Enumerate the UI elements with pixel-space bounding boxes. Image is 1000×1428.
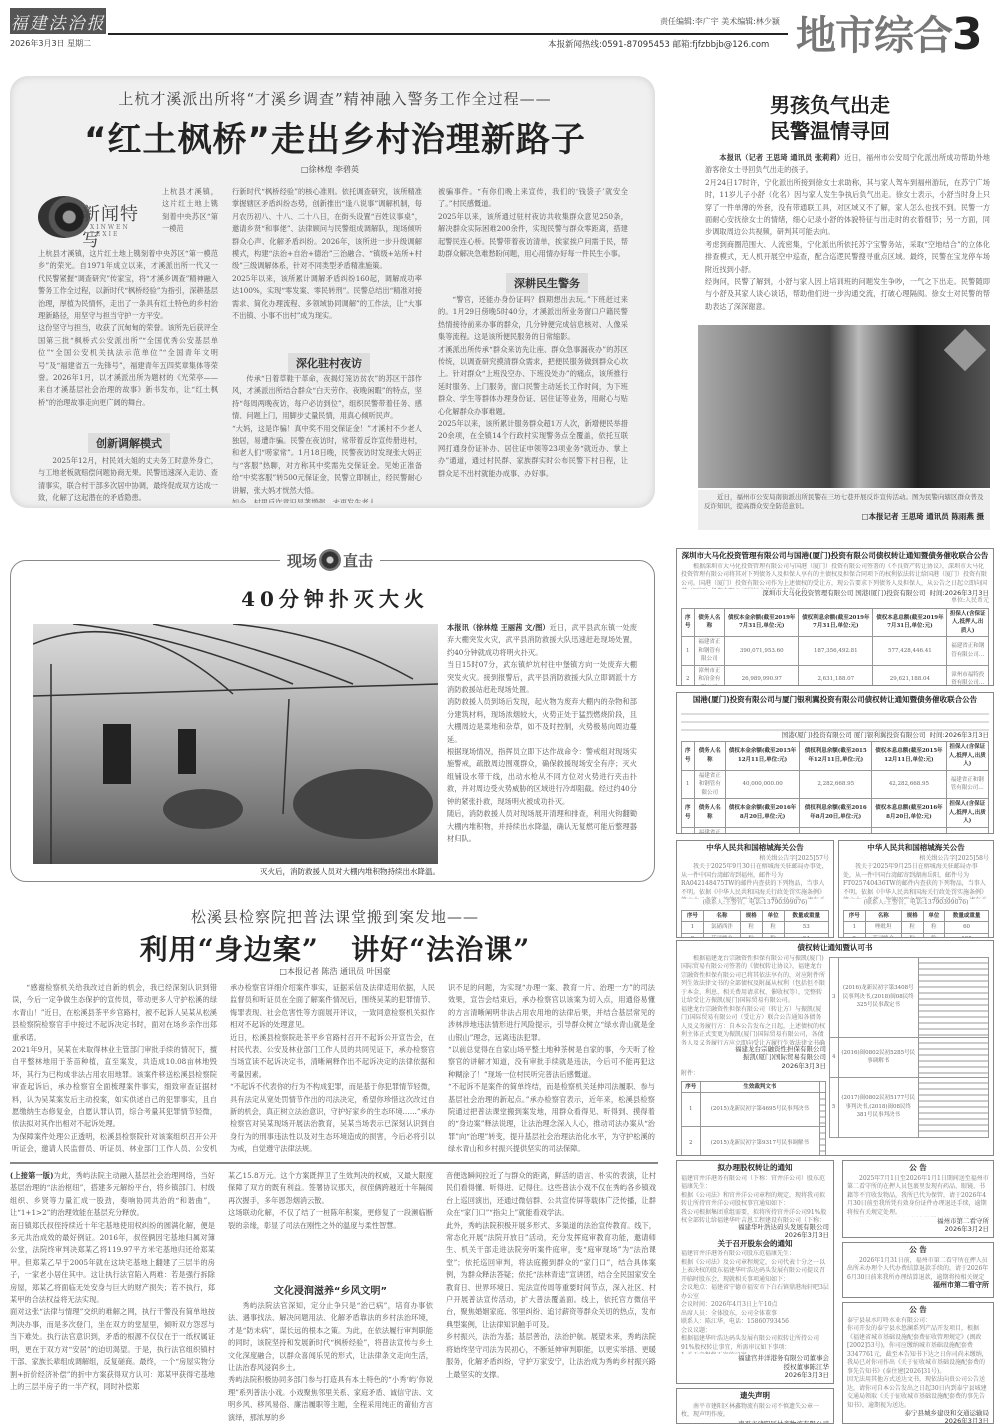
greenhouse-frame-icon bbox=[33, 624, 438, 864]
notice2-table: 序号债务人名称债权本金余额(截至2015年12月11日,单位:元)债权利息余额(… bbox=[681, 741, 989, 834]
notice-lost-seal: 遗失声明 南平市建阳区林鑫物流有限公司不慎遗失公章一枚，现声明作废。 南平市建阳… bbox=[676, 1388, 834, 1424]
article2-headline-line1: 男孩负气出走 bbox=[760, 92, 900, 118]
article4-byline: □本报记者 陈浩 通讯员 叶国豪 bbox=[200, 966, 470, 977]
notice3-title: 债权转让通知暨认可书 bbox=[681, 944, 989, 953]
section-title: 地市综合3 bbox=[796, 4, 982, 61]
page-number: 3 bbox=[952, 9, 982, 60]
article1-col1-top: 上杭县才溪镇，这片红土地上镌刻着中央苏区“第一模范 bbox=[162, 186, 218, 236]
notice8-title: 公 告 bbox=[847, 1246, 989, 1255]
article2-text: 近日，福州市公安局宁化派出所成功帮助外地游客徐女士寻回负气出走的孩子。 2月24… bbox=[705, 153, 990, 311]
notice-detention-2: 公 告 2026年1月31日前，福州市第二看守所在押人员出所未办理个人代办费结算… bbox=[842, 1242, 994, 1298]
article1-byline: □徐林煌 李碧英 bbox=[200, 164, 460, 175]
article4-headline: 利用“身边案” 讲好“法治课” bbox=[60, 928, 610, 968]
notice-customs-58: 中华人民共和国榕城海关公告 榕关缉公告字[2025]58号 我关于2025年9月… bbox=[838, 840, 994, 938]
section-divider bbox=[10, 1162, 658, 1164]
notice2-title: 国港(厦门)投资有限公司与厦门银利翼投资有限公司债权转让通知暨债务催收联合公告 bbox=[681, 696, 989, 705]
customs1-table: 序号名称规格单位数量或重量 1氯硝西泮粒粒53 2艾司唑仑粒粒94 bbox=[681, 910, 829, 939]
photo-credit: □本报记者 王思琦 通讯员 陈雨燕 摄 bbox=[698, 511, 990, 522]
notice-debt-transfer-1: 深圳市大马化投资管理有限公司与国港(厦门)投资有限公司债权转让通知暨债务催收联合… bbox=[676, 548, 994, 686]
article5-col3: 音便选瞬间拉近了与群众的距离，鲜活的语言、朴实的表演，让村民们看得懂、听得进、记… bbox=[446, 1170, 656, 1426]
article4-col2: 承办检察官详细介绍案件事实，证据采信及法律适用依据，人民监督员和听证员在全面了解… bbox=[230, 982, 435, 1154]
newspaper-logo: 福建法治报 bbox=[10, 8, 106, 34]
customs2-table: 序号名称规格单位数量或重量 1唑吡坦粒粒60 2艾司唑仑粒粒100 bbox=[843, 910, 989, 939]
editors-credit: 责任编辑:李广宇 美术编辑:林少颍 bbox=[660, 16, 780, 27]
customs1-title: 中华人民共和国榕城海关公告 bbox=[681, 844, 829, 853]
notice1-signers: 深圳市大马化投资管理有限公司 国港(厦门)投资有限公司 时间:2026年3月3日 bbox=[681, 589, 989, 598]
article1-col3: 被骗事件。“有你们晚上来宣传，我们的‘钱袋子’就安全了。”村民感慨道。 2025… bbox=[438, 186, 628, 268]
headline-part2: 讲好“法治课” bbox=[351, 933, 530, 966]
photo-caption-box: 近日，福州市公安局南街派出所民警在三坊七巷开展反诈宣传活动。图为民警向辖区群众普… bbox=[698, 490, 990, 530]
notice-detention-1: 公 告 2025年7月1日至2026年1月1日期间送至福州市第二看守所的在押人员… bbox=[842, 1160, 994, 1238]
fu-decoration bbox=[944, 329, 986, 371]
photo-caption: 近日，福州市公安局南街派出所民警在三坊七巷开展反诈宣传活动。图为民警向辖区群众普… bbox=[698, 490, 990, 511]
masthead-rule bbox=[108, 33, 788, 35]
on-the-scene-badge: 现场 直击 bbox=[280, 545, 380, 575]
headline-part1: 利用“身边案” bbox=[140, 933, 319, 966]
notice1-title: 深圳市大马化投资管理有限公司与国港(厦门)投资有限公司债权转让通知暨债务催收联合… bbox=[681, 552, 989, 561]
notice1-body: 根据深圳市大马化投资管理有限公司与国港（厦门）投资有限公司签署的《不良资产转让协… bbox=[681, 563, 989, 589]
continued-from-front: (上接第一版) bbox=[10, 1171, 53, 1180]
news-hotline: 本报新闻热线:0591-87095453 邮箱:fjfzbbjb@126.com bbox=[548, 38, 769, 50]
notice-equity-transfer: 拟办理股权转让的通知 福建官井洋港务有限公司（下称：官井洋公司）股东范福康先生：… bbox=[676, 1160, 834, 1384]
article5-col1: (上接第一版)为此，秀屿法院主动融入基层社会治理网络，当好基层治理的“法治枢纽”… bbox=[10, 1170, 215, 1425]
notice2-signers: 国港(厦门)投资有限公司 厦门银利翼投资有限公司 时间:2026年3月3日 bbox=[681, 731, 989, 740]
subhead-mediation: 创新调解模式 bbox=[88, 432, 170, 453]
article1-deck: 上杭才溪派出所将“才溪乡调查”精神融入警务工作全过程—— bbox=[40, 88, 630, 109]
article3-body: 本报讯（徐林煌 王丽茜 文/图）近日，武平县武东镇一处废弃大棚突发火灾，武平县消… bbox=[447, 622, 637, 877]
notice9-title: 公 告 bbox=[847, 1306, 989, 1315]
anti-fraud-photo bbox=[698, 325, 990, 488]
section-name: 地市综合 bbox=[796, 12, 952, 59]
article1-col1: 上杭县才溪镇，这片红土地上镌刻着中央苏区“第一模范乡”的荣光。自1971年成立以… bbox=[38, 248, 218, 409]
notice1-unit: 单位:人民币元 bbox=[681, 597, 989, 606]
subhead-livelihood: 深耕民生警务 bbox=[506, 272, 588, 293]
article4-col3: 识不足的问题，为实现“办理一案、教育一片、治理一方”的司法效果，宣告会结束后，承… bbox=[448, 982, 655, 1154]
article5-col1-text: 为此，秀屿法院主动融入基层社会治理网络，当好基层治理的“法治枢纽”，搭建多元解纷… bbox=[10, 1171, 215, 1391]
notice4-title: 拟办理股权转让的通知 bbox=[681, 1164, 829, 1173]
fire-photo bbox=[33, 624, 438, 864]
notice2-body-placeholder bbox=[681, 707, 989, 731]
fire-photo-caption: 灭火后，消防救援人员对大棚内堆积物持续出水降温。 bbox=[230, 866, 440, 877]
notice-customs-57: 中华人民共和国榕城海关公告 榕关缉公告字[2025]57号 我关于2025年9月… bbox=[676, 840, 834, 938]
article2-headline-line2: 民警温情寻回 bbox=[760, 118, 900, 144]
badge-pinyin: XINWEN TEXIE bbox=[90, 224, 156, 238]
article1-headline: “红土枫桥”走出乡村治理新路子 bbox=[30, 112, 640, 161]
notice6-title: 遗失声明 bbox=[681, 1392, 829, 1401]
article2-headline: 男孩负气出走 民警温情寻回 bbox=[760, 92, 900, 144]
article1-col1b: 2025年12月，村民刘大姐的丈夫务工时意外身亡，与工地老板就赔偿问题协商无果。… bbox=[38, 455, 218, 503]
lens-icon bbox=[319, 549, 341, 571]
subhead-night-visit: 深化驻村夜访 bbox=[288, 352, 370, 373]
article3-headline: 40分钟扑灭大火 bbox=[200, 583, 470, 612]
notice1-table: 序号债务人名称债权本金余额(截至2019年7月31日,单位:元)债权利息余额(截… bbox=[681, 608, 989, 687]
article5-col2: 某乙15.8万元。这个方案既捍卫了生效判决的权威，又最大限度保障了双方的既有利益… bbox=[228, 1170, 433, 1232]
article5-col2b: 秀屿法院法官深知，定分止争只是“治已病”，培育办事依法、遇事找法、解决问题用法、… bbox=[228, 1300, 433, 1426]
issue-date: 2026年3月3日 星期二 bbox=[10, 38, 91, 49]
notice-debt-recognition: 债权转让通知暨认可书 根据福建龙台宗融资性担保有限公司与振凯(厦门)国际贸易有限… bbox=[676, 940, 994, 1156]
article2-body: 本报讯（记者 王思琦 通讯员 张莉莉）近日，福州市公安局宁化派出所成功帮助外地游… bbox=[705, 152, 990, 312]
customs2-title: 中华人民共和国榕城海关公告 bbox=[843, 844, 989, 853]
notice5-title: 关于召开股东会的通知 bbox=[681, 1240, 829, 1249]
notice-infrastructure-fee: 公 告 泰宁县泉水叮咚水业有限公司： 你司开发的泰宁县水悠澜系列产品开发项目，根… bbox=[842, 1302, 994, 1424]
article1-col3b: “警官，还能办身份证吗？假期想出去玩。”下班赶过来的。1月29日傍晚5时40分，… bbox=[438, 294, 628, 500]
notice-debt-transfer-2: 国港(厦门)投资有限公司与厦门银利翼投资有限公司债权转让通知暨债务催收联合公告 … bbox=[676, 692, 994, 834]
badge-left: 现场 bbox=[287, 550, 317, 571]
notice3-table-right: 3(2016)龙新民初字第3408号民事判决书,(2018)闽08民终325号民… bbox=[829, 957, 989, 1138]
notice3-table-left: 序号生效裁判文书 1(2015)龙新民初字第4695号民事判决书 2(2015)… bbox=[681, 1081, 826, 1157]
notice7-title: 公 告 bbox=[847, 1164, 989, 1173]
article5-subhead: 文化浸润滋养“乡风文明” bbox=[228, 1282, 433, 1297]
article3-text: 近日，武平县武东镇一处废弃大棚突发火灾，武平县消防救援大队迅速赶赴现场处置，约4… bbox=[447, 623, 637, 843]
article1-col2: 行新时代“枫桥经验”的核心准则。依托调查研究，该所精准掌握辖区矛盾纠纷态势，创新… bbox=[232, 186, 422, 342]
news-feature-badge: 新闻特写 XINWEN TEXIE bbox=[38, 196, 156, 244]
article4-deck: 松溪县检察院把普法课堂搬到案发地—— bbox=[80, 906, 590, 927]
article1-col2b: 传承“日着草鞋干革命，夜揭灯笼访贫农”的苏区干部作风，才溪派出所结合群众“白天劳… bbox=[232, 373, 422, 503]
article4-col1: “感谢检察机关给我改过自新的机会，我已经深刻认识到错误，今后一定争做生态保护的宣… bbox=[12, 982, 217, 1154]
article3-lead: 本报讯（徐林煌 王丽茜 文/图） bbox=[447, 623, 550, 632]
badge-right: 直击 bbox=[343, 550, 373, 571]
article2-lead: 本报讯（记者 王思琦 通讯员 张莉莉） bbox=[719, 153, 844, 162]
